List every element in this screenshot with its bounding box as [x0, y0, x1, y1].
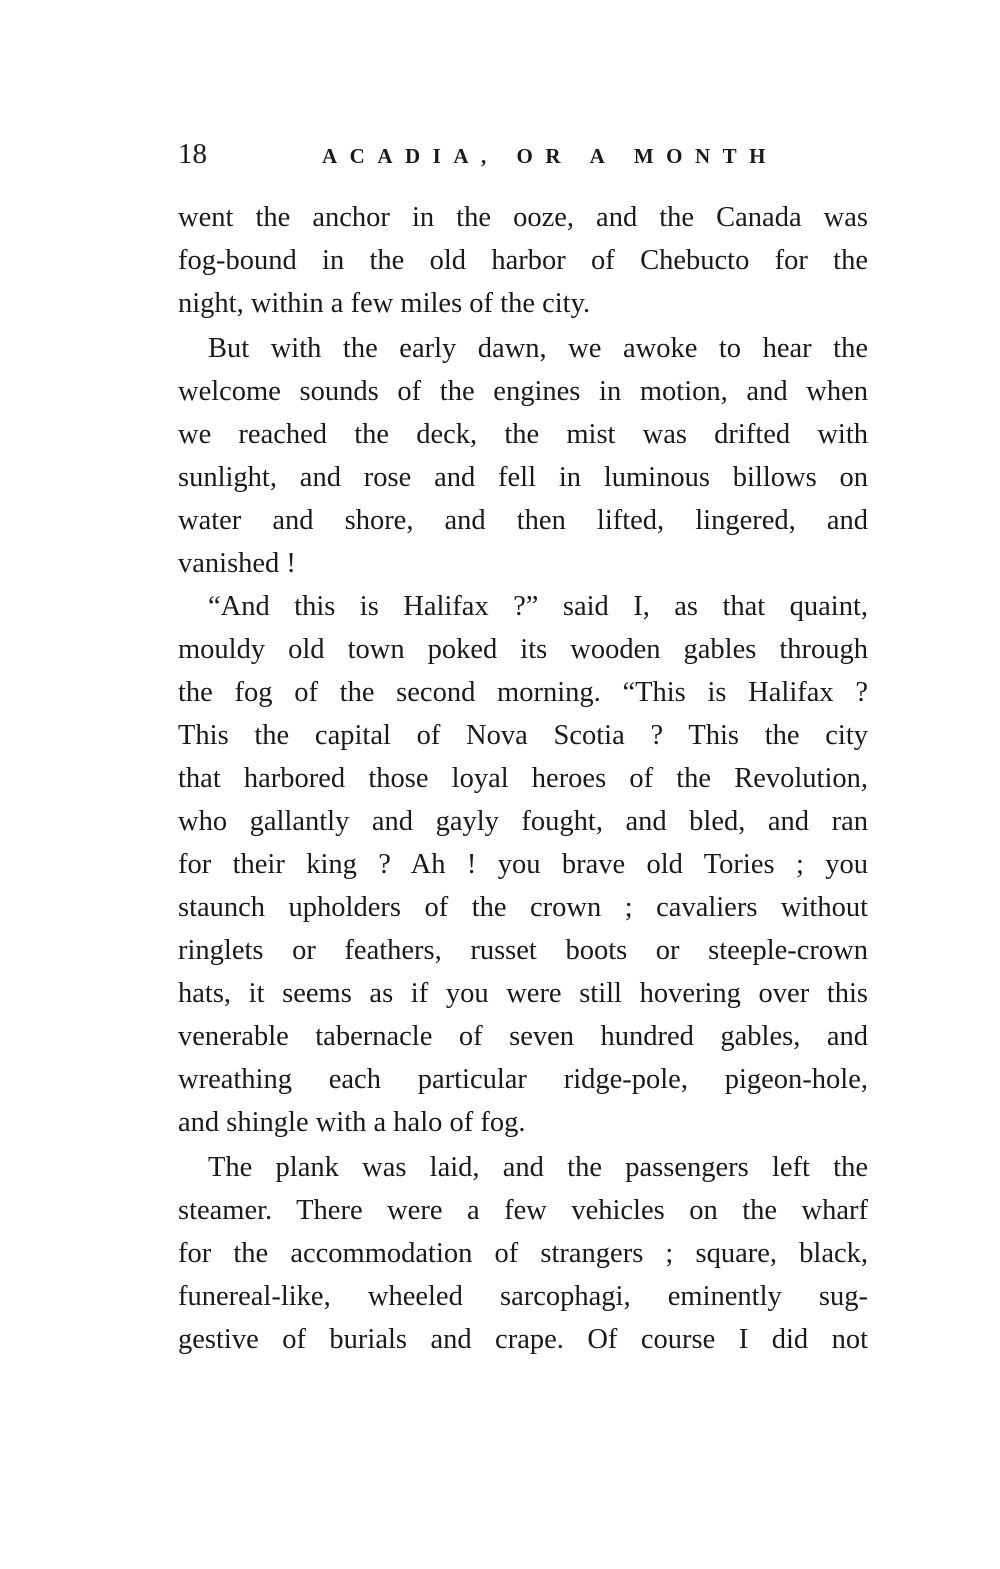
text-line: water and shore, and then lifted, linger…: [178, 499, 868, 542]
text-line: gestive of burials and crape. Of course …: [178, 1318, 868, 1361]
text-line: “And this is Halifax ?” said I, as that …: [208, 585, 868, 628]
text-line: vanished !: [178, 542, 868, 585]
text-line: funereal-like, wheeled sarcophagi, emine…: [178, 1275, 868, 1318]
text-line: for their king ? Ah ! you brave old Tori…: [178, 843, 868, 886]
text-line: we reached the deck, the mist was drifte…: [178, 413, 868, 456]
running-title: ACADIA, OR A MONTH: [322, 140, 778, 172]
text-line: sunlight, and rose and fell in luminous …: [178, 456, 868, 499]
book-page: 18 ACADIA, OR A MONTH went the anchor in…: [0, 0, 1000, 1569]
text-line: and shingle with a halo of fog.: [178, 1101, 868, 1144]
text-line: went the anchor in the ooze, and the Can…: [178, 196, 868, 239]
text-line: that harbored those loyal heroes of the …: [178, 757, 868, 800]
text-line: venerable tabernacle of seven hundred ga…: [178, 1015, 868, 1058]
text-line: mouldy old town poked its wooden gables …: [178, 628, 868, 671]
text-line: for the accommodation of strangers ; squ…: [178, 1232, 868, 1275]
text-line: But with the early dawn, we awoke to hea…: [208, 327, 868, 370]
text-line: ringlets or feathers, russet boots or st…: [178, 929, 868, 972]
text-line: staunch upholders of the crown ; cavalie…: [178, 886, 868, 929]
text-line: This the capital of Nova Scotia ? This t…: [178, 714, 868, 757]
text-line: night, within a few miles of the city.: [178, 282, 868, 325]
text-line: who gallantly and gayly fought, and bled…: [178, 800, 868, 843]
text-line: welcome sounds of the engines in motion,…: [178, 370, 868, 413]
text-line: fog-bound in the old harbor of Chebucto …: [178, 239, 868, 282]
text-line: the fog of the second morning. “This is …: [178, 671, 868, 714]
text-line: The plank was laid, and the passengers l…: [208, 1146, 868, 1189]
text-line: hats, it seems as if you were still hove…: [178, 972, 868, 1015]
page-number: 18: [178, 136, 207, 172]
text-line: wreathing each particular ridge-pole, pi…: [178, 1058, 868, 1101]
running-head: 18 ACADIA, OR A MONTH: [178, 136, 878, 176]
text-line: steamer. There were a few vehicles on th…: [178, 1189, 868, 1232]
